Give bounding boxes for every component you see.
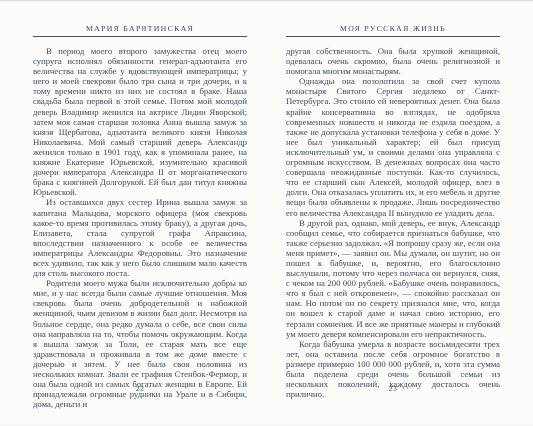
left-header-rule bbox=[33, 36, 247, 37]
paragraph: В период моего второго замужества отец м… bbox=[33, 46, 247, 197]
paragraph: В другой раз, однако, мой деверь, ее вну… bbox=[286, 218, 500, 339]
right-page: МОЯ РУССКАЯ ЖИЗНЬ другая собственность. … bbox=[286, 24, 500, 399]
left-page: МАРИЯ БАРЯТИНСКАЯ В период моего второго… bbox=[33, 24, 247, 409]
right-running-header: МОЯ РУССКАЯ ЖИЗНЬ bbox=[286, 24, 500, 33]
paragraph: Из оставшихся двух сестер Ирина вышла за… bbox=[33, 197, 247, 278]
right-page-number: 23 bbox=[286, 384, 500, 393]
paragraph: Однажды она позолотила за свой счет купо… bbox=[286, 76, 500, 217]
right-header-rule bbox=[286, 36, 500, 37]
paragraph: другая собственность. Она была хрупкой ж… bbox=[286, 46, 500, 76]
scan-edge-top bbox=[0, 0, 533, 2]
left-running-header: МАРИЯ БАРЯТИНСКАЯ bbox=[33, 24, 247, 33]
right-page-body: другая собственность. Она была хрупкой ж… bbox=[286, 46, 500, 399]
left-page-number: 22 bbox=[33, 384, 247, 393]
left-page-body: В период моего второго замужества отец м… bbox=[33, 46, 247, 409]
